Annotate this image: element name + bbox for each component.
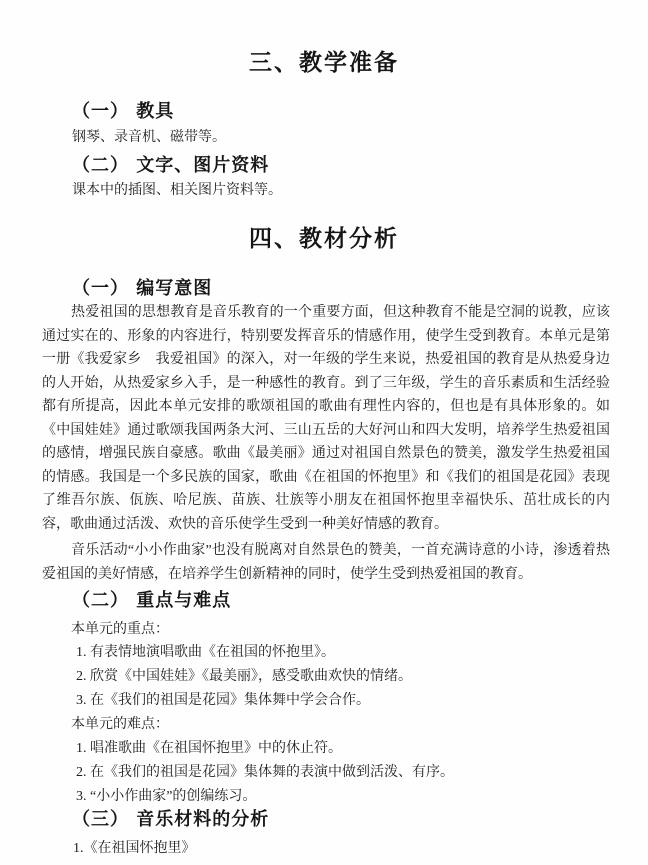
key-points-label: 本单元的重点： [71,618,169,642]
heading-material-analysis: 四、教材分析 [0,225,648,253]
analysis-item-1: 1.《在祖国怀抱里》 [73,837,196,861]
picture-materials-text: 课本中的插图、相关图片资料等。 [72,179,282,203]
difficult-point-item-2: 2. 在《我们的祖国是花园》集体舞的表演中做到活泼、有序。 [76,761,454,785]
writing-intent-paragraph-1: 热爱祖国的思想教育是音乐教育的一个重要方面，但这种教育不能是空洞的说教，应该通过… [42,301,610,536]
subheading-teaching-aids: （一） 教具 [72,101,174,122]
subheading-key-difficult-points: （二） 重点与难点 [72,590,231,611]
heading-teaching-preparation: 三、教学准备 [0,49,648,77]
difficult-points-label: 本单元的难点： [71,713,169,737]
key-point-item-2: 2. 欣赏《中国娃娃》《最美丽》，感受歌曲欢快的情绪。 [76,665,412,689]
document-page: 三、教学准备 （一） 教具 钢琴、录音机、磁带等。 （二） 文字、图片资料 课本… [0,0,648,865]
teaching-aids-text: 钢琴、录音机、磁带等。 [72,126,226,150]
subheading-text-picture-materials: （二） 文字、图片资料 [72,155,269,176]
difficult-point-item-3: 3. “小小作曲家”的创编练习。 [76,785,256,809]
key-point-item-3: 3. 在《我们的祖国是花园》集体舞中学会合作。 [76,689,370,713]
writing-intent-paragraph-2: 音乐活动“小小作曲家”也没有脱离对自然景色的赞美，一首充满诗意的小诗，渗透着热爱… [42,539,610,586]
key-point-item-1: 1. 有表情地演唱歌曲《在祖国的怀抱里》。 [76,641,335,665]
subheading-music-material-analysis: （三） 音乐材料的分析 [72,809,269,830]
subheading-writing-intent: （一） 编写意图 [72,278,212,299]
difficult-point-item-1: 1. 唱准歌曲《在祖国怀抱里》中的休止符。 [76,737,342,761]
